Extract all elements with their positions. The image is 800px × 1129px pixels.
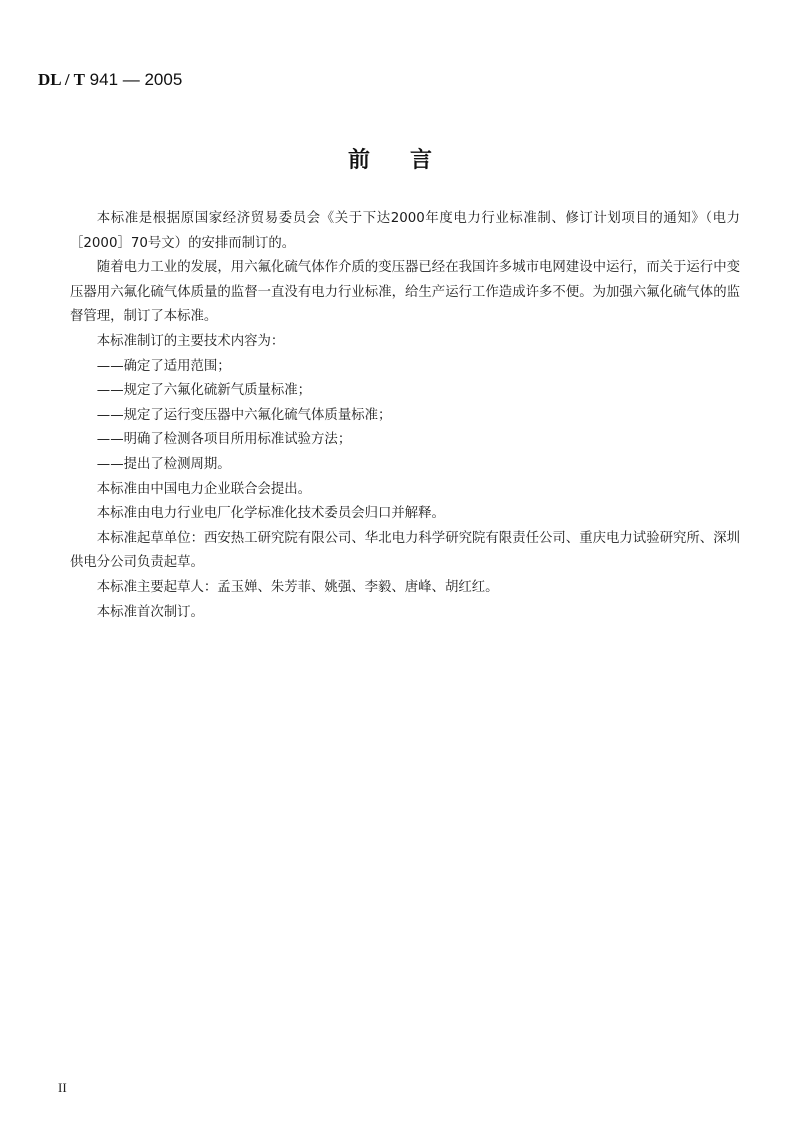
document-body: 本标准是根据原国家经济贸易委员会《关于下达2000年度电力行业标准制、修订计划项… — [70, 207, 740, 625]
paragraph-basis: 本标准是根据原国家经济贸易委员会《关于下达2000年度电力行业标准制、修订计划项… — [70, 207, 740, 256]
paragraph-background: 随着电力工业的发展，用六氟化硫气体作介质的变压器已经在我国许多城市电网建设中运行… — [70, 256, 740, 330]
page-title: 前言 — [0, 143, 800, 174]
list-item: ——规定了六氟化硫新气质量标准； — [70, 379, 740, 404]
paragraph-drafting-units: 本标准起草单位：西安热工研究院有限公司、华北电力科学研究院有限责任公司、重庆电力… — [70, 527, 740, 576]
list-item: ——确定了适用范围； — [70, 355, 740, 380]
list-item: ——提出了检测周期。 — [70, 453, 740, 478]
paragraph-interpreter: 本标准由电力行业电厂化学标准化技术委员会归口并解释。 — [70, 502, 740, 527]
standard-code-number: 941 — 2005 — [90, 70, 183, 89]
page-number: II — [58, 1080, 67, 1096]
list-item: ——规定了运行变压器中六氟化硫气体质量标准； — [70, 404, 740, 429]
paragraph-content-intro: 本标准制订的主要技术内容为： — [70, 330, 740, 355]
paragraph-first-edition: 本标准首次制订。 — [70, 601, 740, 626]
standard-code-prefix: DL / T — [38, 70, 85, 89]
standard-code: DL / T 941 — 2005 — [38, 70, 182, 90]
paragraph-proposer: 本标准由中国电力企业联合会提出。 — [70, 478, 740, 503]
list-item: ——明确了检测各项目所用标准试验方法； — [70, 428, 740, 453]
paragraph-drafters: 本标准主要起草人：孟玉婵、朱芳菲、姚强、李毅、唐峰、胡红红。 — [70, 576, 740, 601]
